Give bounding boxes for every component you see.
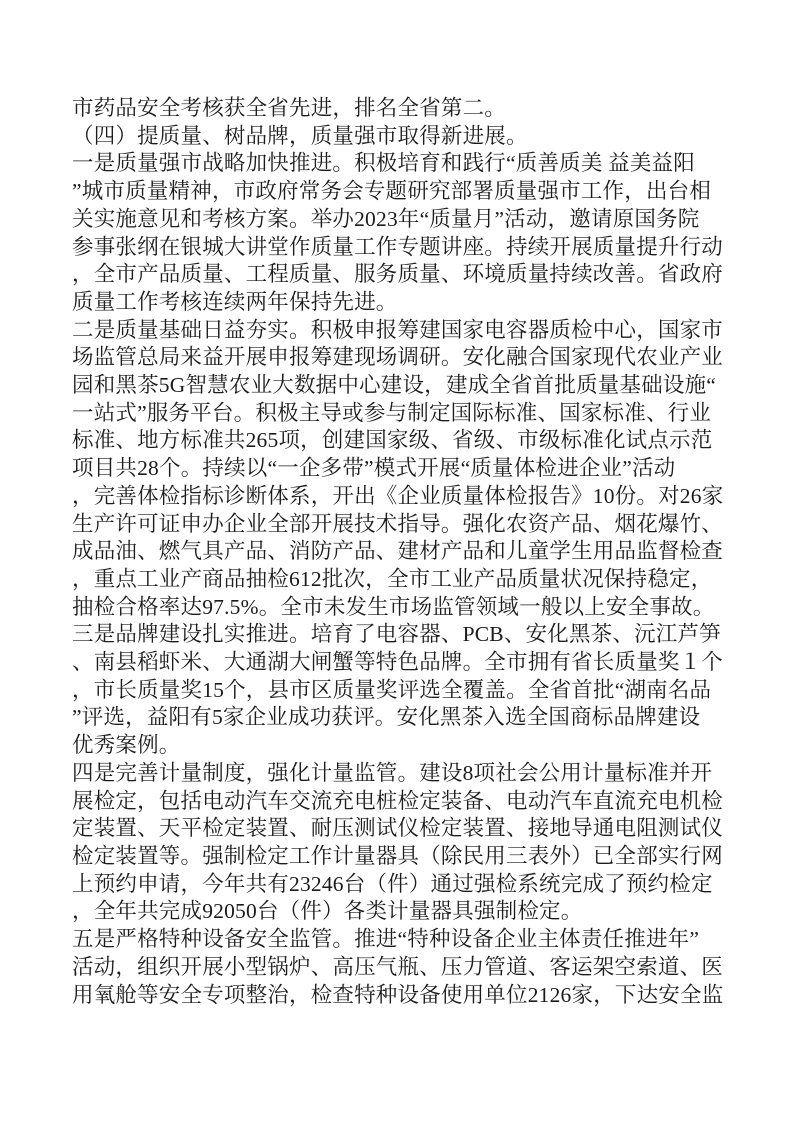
carryover-sentence: 市药品安全考核获全省先进，排名全省第二。 (72, 95, 727, 123)
body-paragraph-3: 三是品牌建设扎实推进。培育了电容器、PCB、安化黑茶、沅江芦笋 、南县稻虾米、大… (72, 621, 727, 760)
body-paragraph-4: 四是完善计量制度，强化计量监管。建设8项社会公用计量标准并开 展检定，包括电动汽… (72, 760, 727, 926)
body-paragraph-2: 二是质量基础日益夯实。积极申报筹建国家电容器质检中心，国家市 场监管总局来益开展… (72, 317, 727, 622)
document-text-block: 市药品安全考核获全省先进，排名全省第二。 （四）提质量、树品牌，质量强市取得新进… (72, 95, 727, 1009)
body-paragraph-5: 五是严格特种设备安全监管。推进“特种设备企业主体责任推进年” 活动，组织开展小型… (72, 926, 727, 1009)
section-heading: （四）提质量、树品牌，质量强市取得新进展。 (72, 123, 727, 151)
body-paragraph-1: 一是质量强市战略加快推进。积极培育和践行“质善质美 益美益阳 ”城市质量精神，市… (72, 150, 727, 316)
document-page: 市药品安全考核获全省先进，排名全省第二。 （四）提质量、树品牌，质量强市取得新进… (0, 0, 793, 1122)
